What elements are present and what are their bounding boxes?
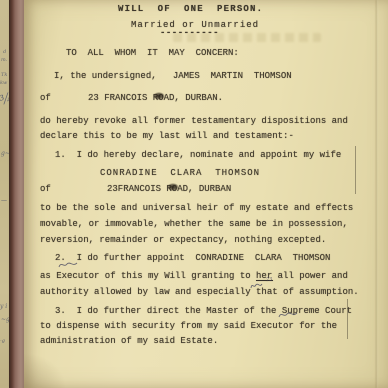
handwritten-mark xyxy=(278,311,298,320)
revocation-1: do hereby revoke all former testamentary… xyxy=(0,116,388,127)
subtitle-rule: ---------- xyxy=(0,28,388,39)
handwritten-mark xyxy=(250,282,263,291)
handwritten-mark xyxy=(58,261,78,270)
clause-3-text: 3. I do further direct the Master of the… xyxy=(55,306,352,316)
clause-2-body-1: as Executor of this my Will granting to … xyxy=(0,271,388,282)
testator-address: of23 FRANCOIS ROAD, DURBAN. xyxy=(0,93,388,104)
clause-1-body-3-text: reversion, remainder or expectancy, noth… xyxy=(40,235,326,245)
clause-1-body-1: to be the sole and universal heir of my … xyxy=(0,203,388,214)
clause-1-body-2: movable, or immovable, whether the same … xyxy=(0,219,388,230)
title-text: WILL OF ONE PERSON. xyxy=(118,4,263,14)
clause-3: 3. I do further direct the Master of the… xyxy=(0,306,388,317)
overtype-smudge xyxy=(153,92,165,100)
clause-1-body-2-text: movable, or immovable, whether the same … xyxy=(40,219,348,229)
clause-1-body-1-text: to be the sole and universal heir of my … xyxy=(40,203,353,213)
clause-3-body-1-text: to dispense with security from my said E… xyxy=(40,321,337,331)
testator-line-text: I, the undersigned, JAMES MARTIN THOMSON xyxy=(54,71,292,81)
revocation-1-text: do hereby revoke all former testamentary… xyxy=(40,116,348,126)
testator-address-text: of xyxy=(40,93,51,103)
revocation-2-text: declare this to be my last will and test… xyxy=(40,131,294,141)
title: WILL OF ONE PERSON. xyxy=(0,4,388,15)
testator-line: I, the undersigned, JAMES MARTIN THOMSON xyxy=(0,71,388,82)
clause-3-body-2-text: administration of my said Estate. xyxy=(40,336,218,346)
heir-name-text: CONRADINE CLARA THOMSON xyxy=(100,168,260,178)
scanned-will-document: dm.Tkkw¾g~—y i~g-g WILL OF ONE PERSON.Ma… xyxy=(0,0,388,388)
subtitle-rule-text: ---------- xyxy=(160,28,219,38)
heir-address-text: of xyxy=(40,184,51,194)
typewritten-content: WILL OF ONE PERSON.Married or Unmarried-… xyxy=(0,0,388,388)
overtype-smudge xyxy=(167,183,179,191)
clause-1: 1. I do hereby declare, nominate and app… xyxy=(0,150,388,161)
clause-1-body-3: reversion, remainder or expectancy, noth… xyxy=(0,235,388,246)
clause-2-text: 2. I do further appoint CONRADINE CLARA … xyxy=(55,253,330,263)
pencil-margin-line xyxy=(355,146,356,194)
clause-2-body-2: authority allowed by law and especially … xyxy=(0,287,388,298)
clause-3-body-1: to dispense with security from my said E… xyxy=(0,321,388,332)
clause-2-body-1-text: as Executor of this my Will granting to … xyxy=(40,271,348,281)
clause-2-body-2-text: authority allowed by law and especially … xyxy=(40,287,359,297)
heir-name: CONRADINE CLARA THOMSON xyxy=(0,168,388,179)
clause-3-body-2: administration of my said Estate. xyxy=(0,336,388,347)
clause-1-text: 1. I do hereby declare, nominate and app… xyxy=(55,150,341,160)
pencil-margin-line xyxy=(347,299,348,339)
salutation: TO ALL WHOM IT MAY CONCERN: xyxy=(0,48,388,59)
salutation-text: TO ALL WHOM IT MAY CONCERN: xyxy=(66,48,239,58)
heir-address: of23FRANCOIS ROAD, DURBAN xyxy=(0,184,388,195)
revocation-2: declare this to be my last will and test… xyxy=(0,131,388,142)
handwritten-note: 73 xyxy=(266,277,273,284)
